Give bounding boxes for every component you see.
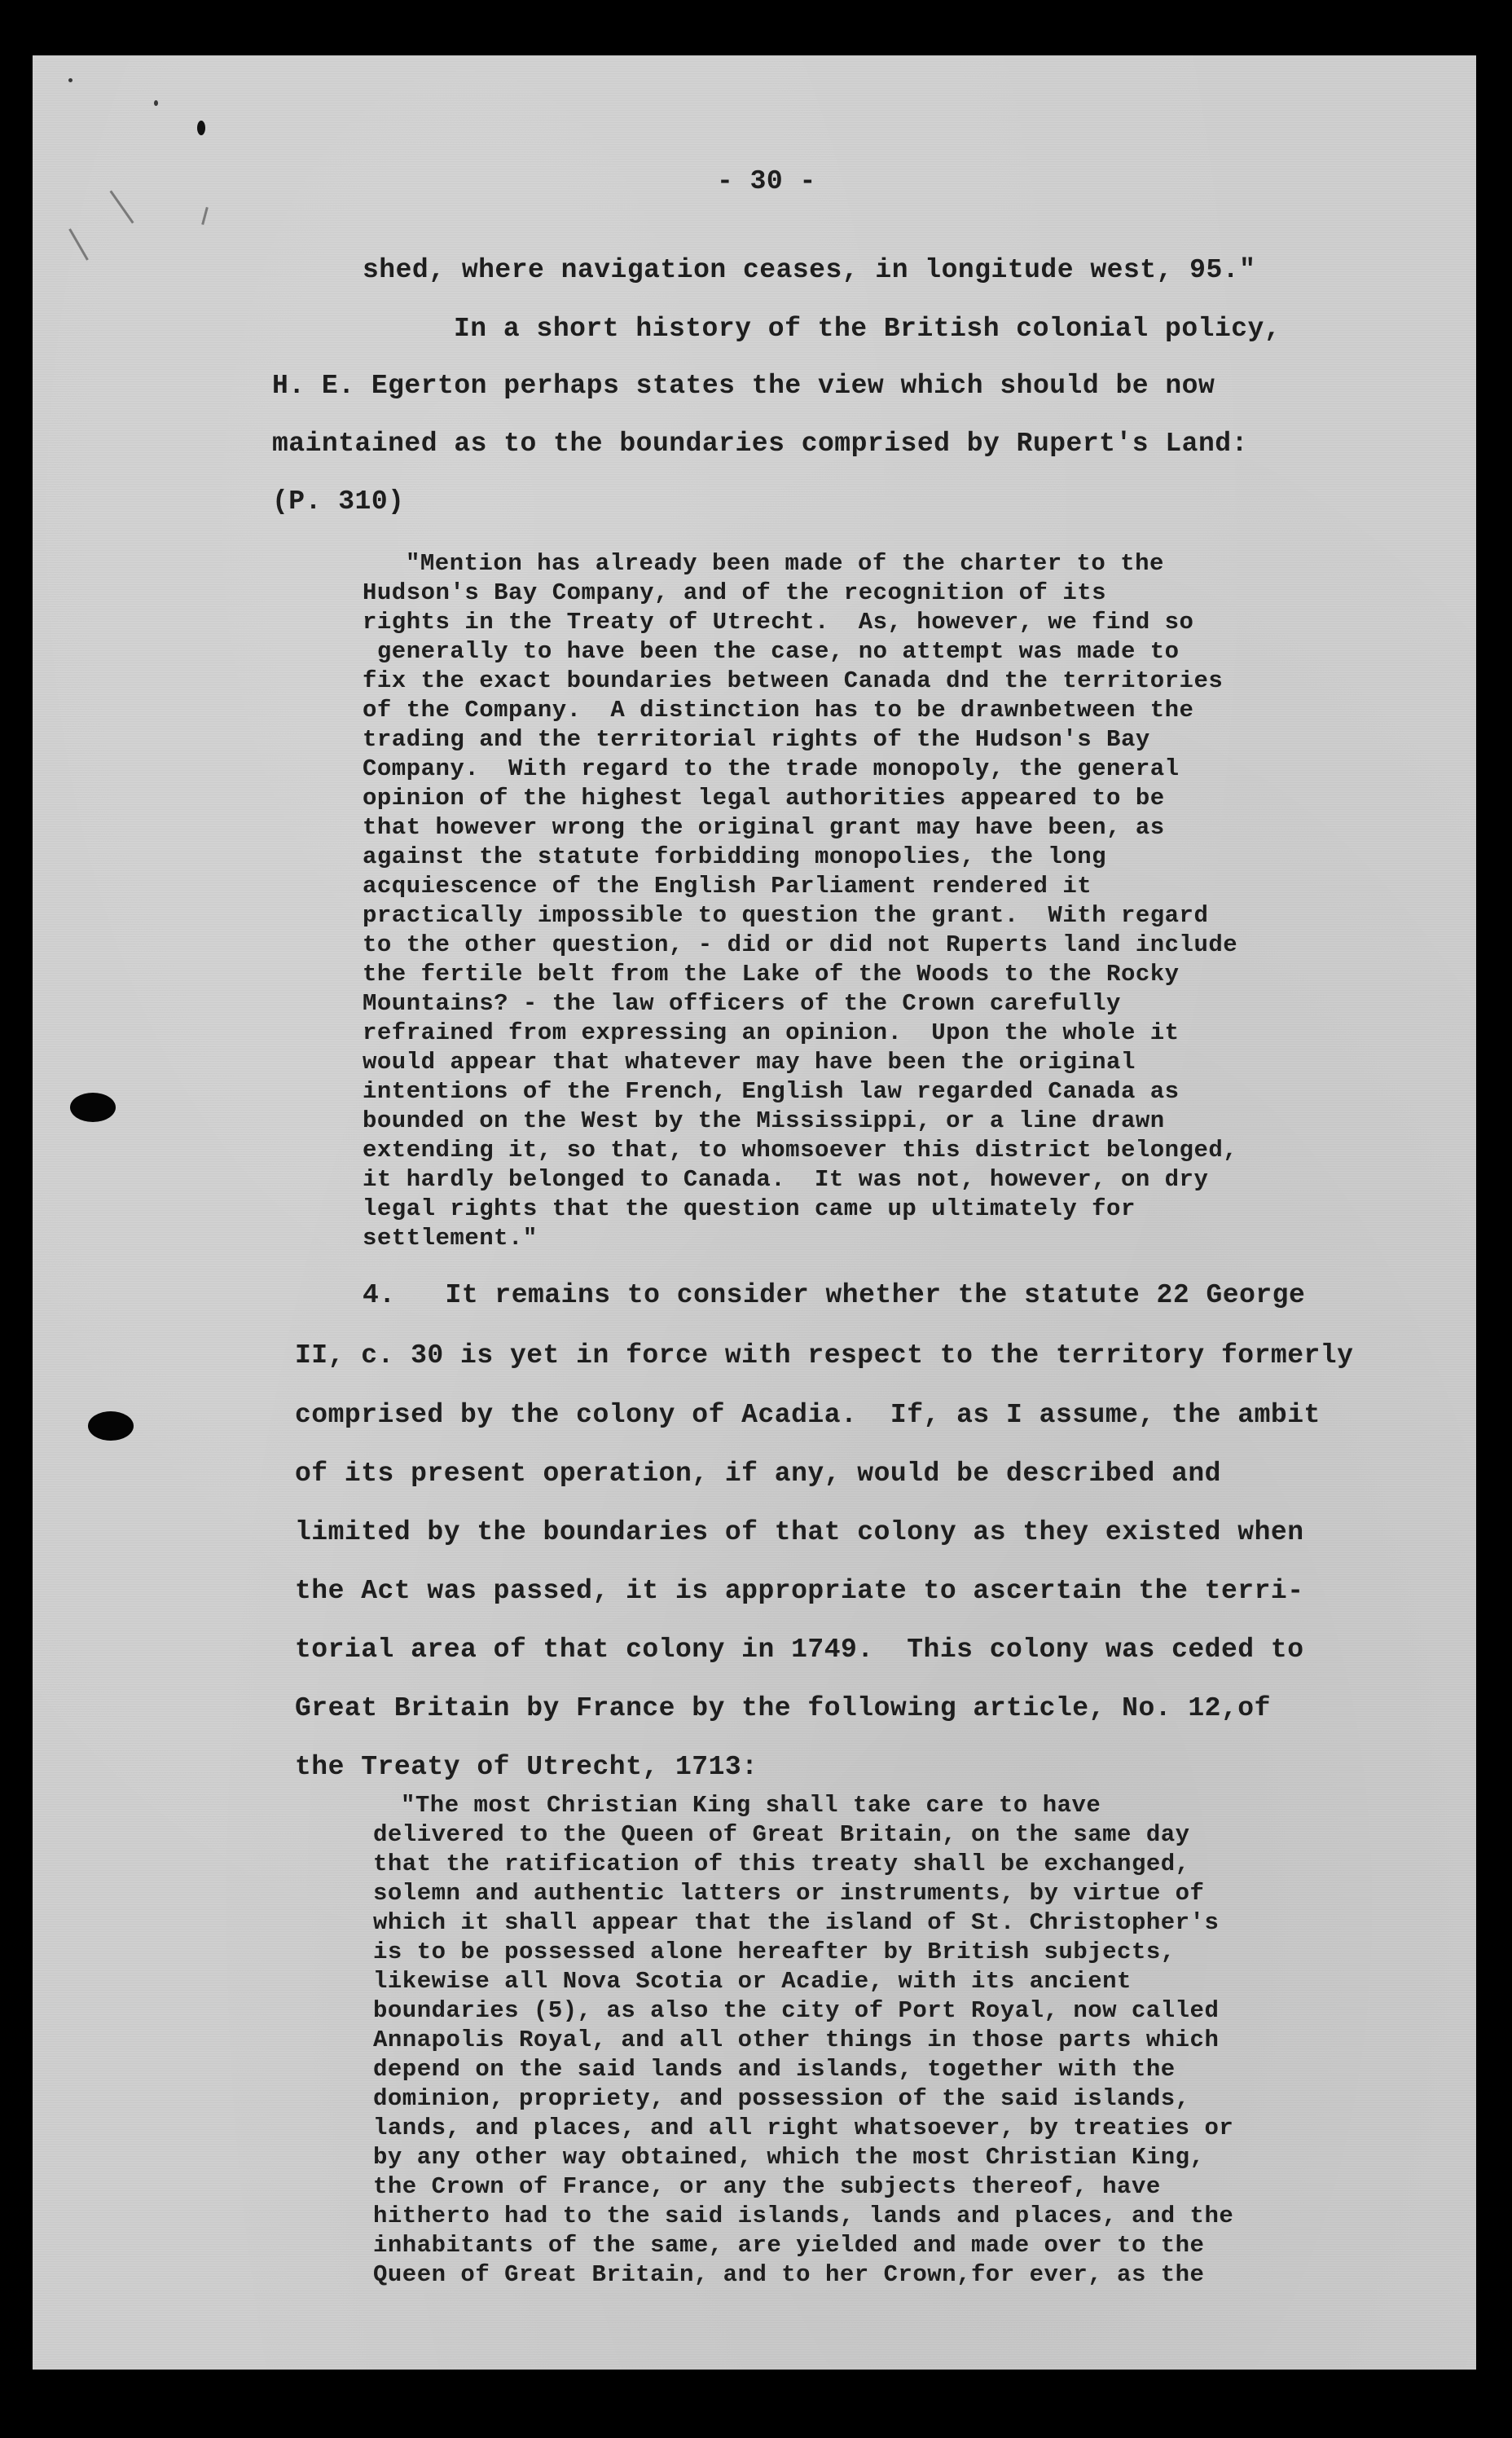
ink-speck: [68, 78, 73, 82]
body-line: limited by the boundaries of that colony…: [295, 1516, 1304, 1549]
quote-line: fix the exact boundaries between Canada …: [363, 667, 1223, 696]
quote-line: against the statute forbidding monopolie…: [363, 843, 1106, 872]
body-line: II, c. 30 is yet in force with respect t…: [295, 1340, 1353, 1372]
body-line: Great Britain by France by the following…: [295, 1692, 1271, 1725]
quote-line: inhabitants of the same, are yielded and…: [373, 2231, 1204, 2260]
quote-line: dominion, propriety, and possession of t…: [373, 2084, 1190, 2114]
quote-line: it hardly belonged to Canada. It was not…: [363, 1165, 1208, 1195]
quote-line: Queen of Great Britain, and to her Crown…: [373, 2260, 1204, 2290]
quote-line: Mountains? - the law officers of the Cro…: [363, 989, 1121, 1019]
quote-line: generally to have been the case, no atte…: [363, 637, 1180, 667]
quote-line: refrained from expressing an opinion. Up…: [363, 1019, 1180, 1048]
quote-line: the Crown of France, or any the subjects…: [373, 2172, 1161, 2202]
quote-line: delivered to the Queen of Great Britain,…: [373, 1820, 1190, 1850]
quote-line: boundaries (5), as also the city of Port…: [373, 1996, 1219, 2026]
quote-line: lands, and places, and all right whatsoe…: [373, 2114, 1233, 2143]
body-line: comprised by the colony of Acadia. If, a…: [295, 1399, 1321, 1432]
quote-line: "Mention has already been made of the ch…: [406, 549, 1164, 579]
quote-line: extending it, so that, to whomsoever thi…: [363, 1136, 1237, 1165]
quote-line: Hudson's Bay Company, and of the recogni…: [363, 579, 1106, 608]
quote-line: Annapolis Royal, and all other things in…: [373, 2026, 1219, 2055]
citation-ref: (P. 310): [272, 486, 404, 518]
quote-line: rights in the Treaty of Utrecht. As, how…: [363, 608, 1193, 637]
quote-line: of the Company. A distinction has to be …: [363, 696, 1193, 725]
ink-speck: [197, 121, 205, 135]
quote-line: that however wrong the original grant ma…: [363, 813, 1165, 843]
quote-line: depend on the said lands and islands, to…: [373, 2055, 1176, 2084]
hole-punch: [70, 1093, 116, 1122]
paper-scratch: [110, 190, 134, 223]
quote-line: "The most Christian King shall take care…: [401, 1791, 1101, 1820]
quote-line: bounded on the West by the Mississippi, …: [363, 1107, 1165, 1136]
quote-line: by any other way obtained, which the mos…: [373, 2143, 1204, 2172]
body-line: maintained as to the boundaries comprise…: [272, 428, 1248, 460]
paper-scratch: [68, 228, 89, 261]
ink-speck: [154, 100, 158, 106]
page-number: - 30 -: [717, 166, 816, 196]
body-line: In a short history of the British coloni…: [454, 313, 1281, 345]
quote-line: practically impossible to question the g…: [363, 901, 1208, 931]
quote-line: the fertile belt from the Lake of the Wo…: [363, 960, 1180, 989]
quote-line: trading and the territorial rights of th…: [363, 725, 1150, 755]
quote-line: to the other question, - did or did not …: [363, 931, 1237, 960]
quote-line: legal rights that the question came up u…: [363, 1195, 1136, 1224]
body-line: torial area of that colony in 1749. This…: [295, 1634, 1304, 1666]
body-line: shed, where navigation ceases, in longit…: [363, 254, 1255, 287]
body-line: 4. It remains to consider whether the st…: [363, 1279, 1305, 1312]
quote-line: is to be possessed alone hereafter by Br…: [373, 1938, 1176, 1967]
quote-line: opinion of the highest legal authorities…: [363, 784, 1165, 813]
quote-line: likewise all Nova Scotia or Acadie, with…: [373, 1967, 1132, 1996]
quote-line: Company. With regard to the trade monopo…: [363, 755, 1180, 784]
quote-line: acquiescence of the English Parliament r…: [363, 872, 1092, 901]
body-line: the Treaty of Utrecht, 1713:: [295, 1751, 758, 1784]
quote-line: would appear that whatever may have been…: [363, 1048, 1136, 1077]
body-line: the Act was passed, it is appropriate to…: [295, 1575, 1304, 1608]
quote-line: hitherto had to the said islands, lands …: [373, 2202, 1233, 2231]
document-page: - 30 - shed, where navigation ceases, in…: [33, 55, 1476, 2370]
quote-line: solemn and authentic latters or instrume…: [373, 1879, 1204, 1908]
body-line: of its present operation, if any, would …: [295, 1458, 1221, 1490]
body-line: H. E. Egerton perhaps states the view wh…: [272, 370, 1215, 403]
quote-line: which it shall appear that the island of…: [373, 1908, 1219, 1938]
paper-scratch: [201, 207, 209, 225]
quote-line: intentions of the French, English law re…: [363, 1077, 1180, 1107]
quote-line: settlement.": [363, 1224, 538, 1253]
quote-line: that the ratification of this treaty sha…: [373, 1850, 1190, 1879]
hole-punch: [88, 1411, 134, 1441]
